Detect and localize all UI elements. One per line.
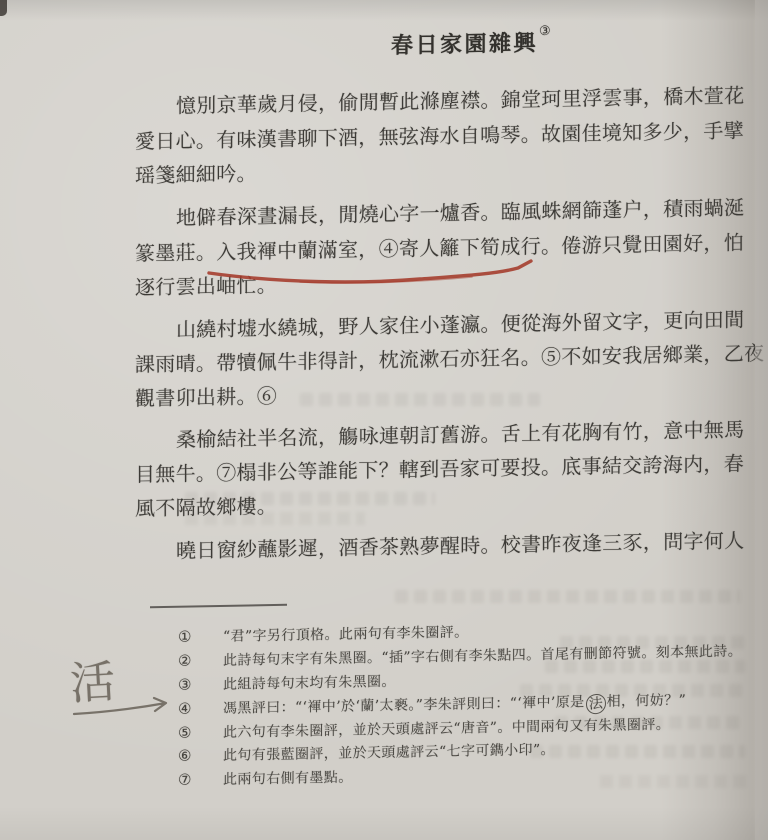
poem-line: 篆墨莊。入我褌中蘭滿室，④寄人籬下筍成行。倦游只覺田園好，怕 — [135, 231, 744, 265]
poem-line: 觀書卯出耕。⑥ — [135, 385, 277, 411]
footnote-number: ⑦ — [178, 770, 200, 788]
footnote-divider — [150, 604, 287, 609]
poem-line: 愛日心。有味漢書聊下酒，無弦海水自鳴琴。故園佳境知多少，手擘 — [135, 119, 744, 153]
footnote-number: ① — [178, 627, 200, 645]
footnote-number: ③ — [178, 675, 200, 693]
poem-line: 桑榆結社半名流，觴咏連朝訂舊游。舌上有花胸有竹，意中無馬 — [135, 418, 744, 452]
poem-line: 地僻春深晝漏長，閒燒心字一爐香。臨風蛛網篩蓬户，積雨蝸涎 — [135, 196, 744, 230]
page-title: 春日家園雜興③ — [391, 26, 550, 60]
footnote-text: 此詩每句末字有朱黑圈。“插”字右側有李朱點四。首尾有刪節符號。刻本無此詩。 — [223, 643, 742, 669]
footnote-row: ②此詩每句末字有朱黑圈。“插”字右側有李朱點四。首尾有刪節符號。刻本無此詩。 — [178, 641, 742, 670]
footnote-text-post: 相，何妨？” — [607, 692, 687, 709]
footnote-text: “君”字另行頂格。此兩句有李朱圈評。 — [223, 624, 469, 644]
page-edge-shadow — [755, 0, 768, 840]
footnote-text: 此六句有李朱圈評，並於天頭處評云“唐音”。中間兩句又有朱黑圈評。 — [223, 717, 670, 741]
footnote-number: ⑤ — [178, 723, 200, 741]
footnote-row: ⑦此兩句右側有墨點。 — [178, 768, 353, 790]
circled-char-annotation: 法 — [585, 693, 606, 715]
poem-line: 瑶箋細細吟。 — [135, 162, 257, 187]
footnote-text: 此組詩每句末均有朱黑圈。 — [223, 674, 396, 693]
photo-corner-mark — [0, 0, 7, 16]
poem-line: 曉日窗紗蘸影遲，酒香茶熟夢醒時。校書昨夜逢三豕，問字何人 — [135, 529, 744, 563]
poem-line: 課雨晴。帶犢佩牛非得計，枕流漱石亦狂名。⑤不如安我居鄉業，乙夜 — [135, 342, 764, 377]
footnote-row: ⑥此句有張藍圈評，並於天頭處評云“七字可鐫小印”。 — [178, 740, 555, 766]
poem-line: 山繞村墟水繞城，野人家住小蓬瀛。便從海外留文字，更向田間 — [135, 308, 744, 342]
footnote-number: ⑥ — [178, 746, 200, 764]
poem-title-text: 春日家園雜興 — [391, 30, 538, 59]
footnote-number: ④ — [178, 699, 200, 717]
handwritten-margin-note: 活 — [68, 645, 116, 712]
book-page-photo: 春日家園雜興③ 憶別京華歲月侵，偷閒暫此滌塵襟。錦堂珂里浮雲事，橋木萱花 愛日心… — [0, 0, 768, 840]
footnote-text: 此句有張藍圈評，並於天頭處評云“七字可鐫小印”。 — [223, 742, 555, 764]
poem-line: 憶別京華歲月侵，偷閒暫此滌塵襟。錦堂珂里浮雲事，橋木萱花 — [135, 84, 744, 118]
footnote-row: ⑤此六句有李朱圈評，並於天頭處評云“唐音”。中間兩句又有朱黑圈評。 — [178, 715, 670, 743]
poem-line: 逐行雲出岫忙。 — [135, 274, 277, 300]
footnote-row: ①“君”字另行頂格。此兩句有李朱圈評。 — [178, 622, 469, 646]
title-footnote-ref: ③ — [539, 24, 551, 39]
footnote-text-pre: 馮黑評曰：“‘褌中’於‘蘭’太褻。”李朱評則曰：“‘褌中’原是 — [223, 694, 585, 717]
poem-line: 目無牛。⑦榻非公等誰能下？轄到吾家可要投。底事結交誇海内，春 — [135, 452, 744, 486]
footnote-number: ② — [178, 651, 200, 669]
poem-line: 風不隔故鄉樓。 — [135, 495, 277, 521]
footnote-row: ③此組詩每句末均有朱黑圈。 — [178, 672, 396, 695]
printed-content: 春日家園雜興③ 憶別京華歲月侵，偷閒暫此滌塵襟。錦堂珂里浮雲事，橋木萱花 愛日心… — [0, 0, 768, 840]
footnote-text: 此兩句右側有墨點。 — [223, 770, 353, 788]
